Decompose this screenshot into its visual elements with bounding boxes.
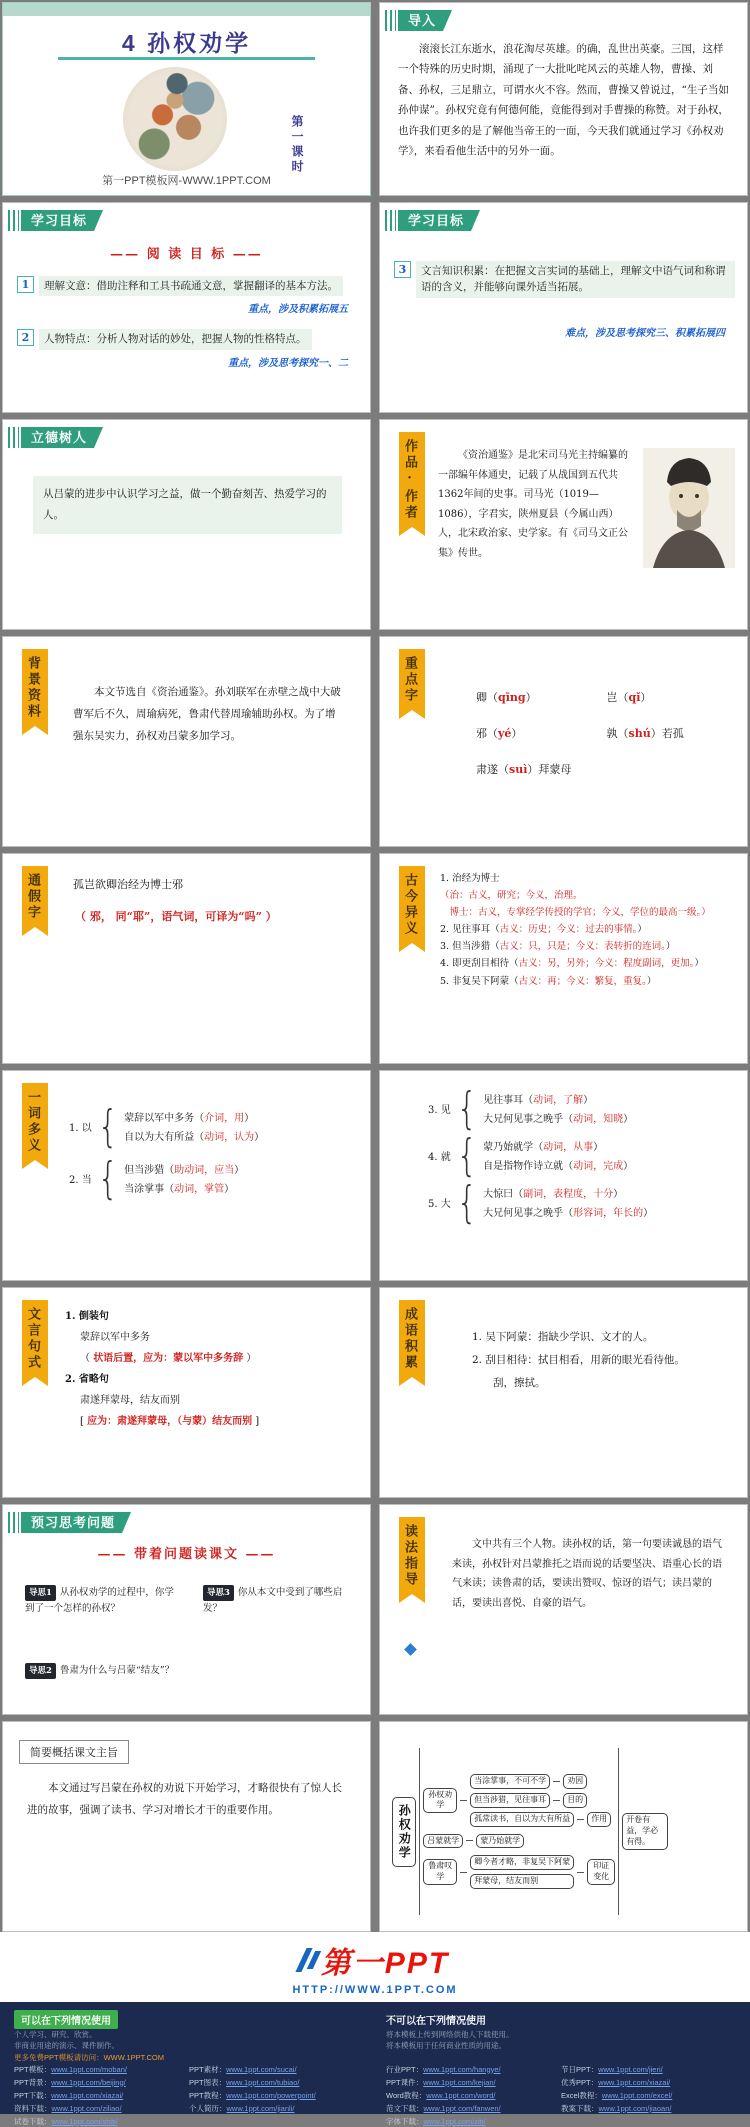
syntax-note: [ 应为：肃遂拜蒙母，（与蒙）结友而别 ] <box>65 1411 362 1432</box>
mindmap-branch: 鲁肃叹学 卿今者才略，非复吴下阿蒙 拜蒙母，结友而别 印证变化 <box>423 1855 615 1889</box>
gujin-item: 3. 但当涉猎（古义：只，只是；今义：表转折的连词。） <box>440 938 739 955</box>
reading-goals-subtitle: —— 阅 读 目 标 —— <box>3 243 370 262</box>
footer-link[interactable]: PPT下载：www.1ppt.com/xiazai/ <box>14 2090 189 2101</box>
gujin-item: 2. 见往事耳（古义：历史；今义：过去的事情。） <box>440 921 739 938</box>
theme-title-box: 简要概括课文主旨 <box>19 1740 129 1764</box>
gujin-list: 1. 治经为博士 （治：古义，研究；今义，治理。 博士：古义，专掌经学传授的学官… <box>440 870 739 990</box>
deny-item: 将本模板上传到网络供他人下载使用。 <box>386 2029 736 2040</box>
ribbon-label: 文言句式 <box>22 1300 48 1386</box>
diamond-icon <box>404 1643 417 1656</box>
footer-link[interactable]: 字体下载：www.1ppt.com/ziti/ <box>386 2116 561 2127</box>
ribbon-label: 古今异义 <box>399 866 425 952</box>
gujin-item: 5. 非复吴下阿蒙（古义：再；今义：繁复，重复。） <box>440 973 739 990</box>
idiom-item: 1. 吴下阿蒙：指缺少学识、文才的人。 <box>472 1326 733 1349</box>
syntax-example: 肃遂拜蒙母，结友而别 <box>65 1390 362 1411</box>
three-kingdoms-illustration <box>123 67 227 171</box>
preview-subtitle: —— 带着问题读课文 —— <box>3 1543 370 1562</box>
ribbon-label: 通假字 <box>22 866 48 936</box>
polysemy-group: 3. 见{ 见往事耳（动词，了解） 大兄何见事之晚乎（动词，知晓） <box>428 1091 739 1125</box>
header-stripes <box>385 10 396 31</box>
first-ppt-logo[interactable]: 第一PPT <box>301 1938 449 1982</box>
section-header: 预习思考问题 <box>21 1512 131 1533</box>
footer-link[interactable]: 行业PPT：www.1ppt.com/hangye/ <box>386 2064 561 2075</box>
mindmap-node: 拜蒙母，结友而别 <box>470 1874 574 1889</box>
mindmap-root-node: 孙权劝学 <box>392 1797 416 1867</box>
reading-guide-paragraph: 文中共有三个人物。读孙权的话，第一句要读诚恳的语气来读，孙权针对吕蒙推托之语而说… <box>452 1535 729 1613</box>
slide-theme-summary: 简要概括课文主旨 本文通过写吕蒙在孙权的劝说下开始学习，才略很快有了惊人长进的故… <box>2 1721 371 1932</box>
author-paragraph: 《资治通鉴》是北宋司马光主持编纂的一部编年体通史，记载了从战国到五代共1362年… <box>438 446 635 563</box>
mindmap-branch: 孙权劝学 当涂掌事，不可不学劝因 但当涉猎，见往事耳目的 孤常读书，自以为大有所… <box>423 1774 615 1826</box>
pinyin-entry: 孰（shú）若孤 <box>607 725 738 741</box>
footer-license-band: 可以在下列情况使用 个人学习、研究、欣赏。 非商业用途的演示、课件制作。 更多免… <box>0 2002 750 2114</box>
slides-board: 4 孙权劝学 第一课时 第一PPT模板网-WWW.1PPT.COM 导入 滚滚长… <box>2 2 748 1932</box>
polysemy-group: 4. 就{ 蒙乃始就学（动词，从事） 自是指物作诗立就（动词，完成） <box>428 1138 739 1172</box>
slide-cover: 4 孙权劝学 第一课时 第一PPT模板网-WWW.1PPT.COM <box>2 2 371 196</box>
gujin-item: 1. 治经为博士 <box>440 870 739 887</box>
connector-line <box>618 1748 619 1915</box>
allow-note: 更多免费PPT模板请访问：WWW.1PPT.COM <box>14 2052 364 2064</box>
slide-tongjiazi: 通假字 孤岂欲卿治经为博士邪 （ 邪， 同“耶”，语气词，可译为“吗” ） <box>2 853 371 1064</box>
question-badge: 导思1 <box>25 1585 56 1601</box>
connector-line <box>466 1840 473 1841</box>
slide-key-characters: 重点字 卿（qīng） 岂（qǐ） 邪（yé） 孰（shú）若孤 肃遂（suì）… <box>379 636 748 847</box>
goal-number: 3 <box>394 261 411 278</box>
mindmap: 孙权劝学 孙权劝学 当涂掌事，不可不学劝因 但当涉猎，见往事耳目的 孤常读书，自… <box>392 1738 741 1925</box>
question-item: 导思2鲁肃为什么与吕蒙“结友”？ <box>25 1663 245 1679</box>
brace-glyph: { <box>457 1180 477 1223</box>
mindmap-node: 孤常读书，自以为大有所益 <box>470 1812 574 1827</box>
mindmap-branch: 吕蒙就学 蒙乃始就学 <box>423 1834 615 1849</box>
mindmap-node: 当涂掌事，不可不学 <box>470 1774 550 1789</box>
idiom-item: 2. 刮目相待：拭目相看，用新的眼光看待他。 <box>472 1349 733 1372</box>
intro-paragraph: 滚滚长江东逝水，浪花淘尽英雄。的确，乱世出英豪。三国，这样一个特殊的历史时期，涌… <box>398 39 731 162</box>
sima-guang-portrait <box>643 448 735 568</box>
mindmap-node: 卿今者才略，非复吴下阿蒙 <box>470 1855 574 1870</box>
question-badge: 导思2 <box>25 1663 56 1679</box>
goal-text: 人物特点：分析人物对话的妙处，把握人物的性格特点。 <box>39 329 312 349</box>
annotation: （ 邪， 同“耶”，语气词，可译为“吗” ） <box>75 908 350 924</box>
footer-link[interactable]: 节日PPT：www.1ppt.com/jieri/ <box>561 2064 736 2075</box>
header-stripes <box>8 427 19 448</box>
header-stripes <box>385 210 396 231</box>
goal-number: 2 <box>17 329 34 346</box>
slide-reading-guide: 读法指导 文中共有三个人物。读孙权的话，第一句要读诚恳的语气来读，孙权针对吕蒙推… <box>379 1504 748 1715</box>
pinyin-entry: 邪（yé） <box>476 725 607 741</box>
footer-link[interactable]: PPT背景：www.1ppt.com/beijing/ <box>14 2077 189 2088</box>
slide-learning-goals-2: 学习目标 3 文言知识积累：在把握文言实词的基础上，理解文中语气词和称谓语的含义… <box>379 202 748 413</box>
slide-polysemy-1: 一词多义 1. 以{ 蒙辞以军中多务（介词，用） 自以为大有所益（动词，认为） … <box>2 1070 371 1281</box>
footer-logo-band: 第一PPT HTTP://WWW.1PPT.COM <box>0 1932 750 2002</box>
connector-line <box>577 1872 584 1873</box>
connector-line <box>419 1748 420 1915</box>
session-label: 第一课时 <box>289 115 306 175</box>
pinyin-entry: 岂（qǐ） <box>607 689 738 705</box>
slide-idioms: 成语积累 1. 吴下阿蒙：指缺少学识、文才的人。 2. 刮目相待：拭目相看，用新… <box>379 1287 748 1498</box>
ribbon-label: 成语积累 <box>399 1300 425 1386</box>
footer-link[interactable]: 资料下载：www.1ppt.com/ziliao/ <box>14 2103 189 2114</box>
background-paragraph: 本文节选自《资治通鉴》。孙刘联军在赤壁之战中大破曹军后不久，周瑜病死，鲁肃代替周… <box>73 681 342 747</box>
polysemy-group: 5. 大{ 大惊曰（副词，表程度，十分） 大兄何见事之晚乎（形容词，年长的） <box>428 1185 739 1219</box>
slide-mindmap: 孙权劝学 孙权劝学 当涂掌事，不可不学劝因 但当涉猎，见往事耳目的 孤常读书，自… <box>379 1721 748 1932</box>
brace-glyph: { <box>457 1133 477 1176</box>
goal-note: 重点，涉及思考探究一、二 <box>3 354 348 369</box>
pinyin-list: 卿（qīng） 岂（qǐ） 邪（yé） 孰（shú）若孤 肃遂（suì）拜蒙母 <box>476 689 737 777</box>
goal-text: 理解文意：借助注释和工具书疏通文意，掌握翻译的基本方法。 <box>39 276 343 296</box>
ribbon-label: 重点字 <box>399 649 425 719</box>
mindmap-node: 但当涉猎，见往事耳 <box>470 1793 550 1808</box>
footer-link[interactable]: PPT课件：www.1ppt.com/kejian/ <box>386 2077 561 2088</box>
question-item: 导思3你从本文中受到了哪些启发？ <box>203 1585 353 1618</box>
gujin-note: （治：古义，研究；今义，治理。 <box>440 887 739 904</box>
brace-glyph: { <box>457 1086 477 1129</box>
question-badge: 导思3 <box>203 1585 234 1601</box>
section-header: 学习目标 <box>398 210 480 231</box>
ribbon-label: 读法指导 <box>399 1517 425 1603</box>
brace-glyph: { <box>98 1156 118 1199</box>
footer-link[interactable]: Excel教程：www.1ppt.com/excel/ <box>561 2090 736 2101</box>
syntax-note: （ 状语后置，应为：蒙以军中多务辞 ） <box>65 1348 362 1369</box>
slide-moral-education: 立德树人 从吕蒙的进步中认识学习之益，做一个勤奋刻苦、热爱学习的人。 <box>2 419 371 630</box>
footer-link[interactable]: PPT图表：www.1ppt.com/tubiao/ <box>189 2077 364 2088</box>
section-header: 学习目标 <box>21 210 103 231</box>
gujin-note: 博士：古义，专掌经学传授的学官；今义，学位的最高一级。） <box>440 904 739 921</box>
idiom-item: 刮，擦拭。 <box>472 1372 733 1395</box>
slide-background: 背景资料 本文节选自《资治通鉴》。孙刘联军在赤壁之战中大破曹军后不久，周瑜病死，… <box>2 636 371 847</box>
gujin-item: 4. 即更刮目相待（古义：另，另外；今义：程度副词，更加。） <box>440 955 739 972</box>
syntax-example: 蒙辞以军中多务 <box>65 1327 362 1348</box>
connector-line <box>460 1872 467 1873</box>
allow-item: 个人学习、研究、欣赏。 <box>14 2029 364 2040</box>
site-footer: 第一PPT HTTP://WWW.1PPT.COM 可以在下列情况使用 个人学习… <box>0 1932 750 2114</box>
footer-link[interactable]: Word教程：www.1ppt.com/word/ <box>386 2090 561 2101</box>
mindmap-conclusion-node: 开卷有益，学必有得。 <box>622 1813 668 1849</box>
syntax-type: 2. 省略句 <box>65 1369 362 1390</box>
allow-title-chip: 可以在下列情况使用 <box>14 2010 118 2029</box>
ribbon-label: 背景资料 <box>22 649 48 735</box>
slide-gujin-yiyi: 古今异义 1. 治经为博士 （治：古义，研究；今义，治理。 博士：古义，专掌经学… <box>379 853 748 1064</box>
slide-author: 作品·作者 《资治通鉴》是北宋司马光主持编纂的一部编年体通史，记载了从战国到五代… <box>379 419 748 630</box>
header-stripes <box>8 210 19 231</box>
connector-line <box>460 1800 467 1801</box>
syntax-type: 1. 倒装句 <box>65 1306 362 1327</box>
slide-preview-questions: 预习思考问题 —— 带着问题读课文 —— 导思1从孙权劝学的过程中，你学到了一个… <box>2 1504 371 1715</box>
slide-polysemy-2: 3. 见{ 见往事耳（动词，了解） 大兄何见事之晚乎（动词，知晓） 4. 就{ … <box>379 1070 748 1281</box>
goal-number: 1 <box>17 276 34 293</box>
example-sentence: 孤岂欲卿治经为博士邪 <box>73 876 350 892</box>
footer-link[interactable]: 个人简历：www.1ppt.com/jianli/ <box>189 2103 364 2114</box>
footer-link[interactable]: PPT素材：www.1ppt.com/sucai/ <box>189 2064 364 2075</box>
pinyin-entry: 肃遂（suì）拜蒙母 <box>476 761 737 777</box>
mindmap-node: 蒙乃始就学 <box>476 1834 524 1849</box>
footer-site-url[interactable]: HTTP://WWW.1PPT.COM <box>292 1984 457 1996</box>
mindmap-tag: 印证变化 <box>587 1859 615 1885</box>
footer-links-left: PPT模板：www.1ppt.com/moban/ PPT素材：www.1ppt… <box>14 2064 364 2127</box>
polysemy-group: 1. 以{ 蒙辞以军中多务（介词，用） 自以为大有所益（动词，认为） <box>69 1109 362 1143</box>
footer-links-right: 行业PPT：www.1ppt.com/hangye/ 节日PPT：www.1pp… <box>386 2064 736 2127</box>
moral-text: 从吕蒙的进步中认识学习之益，做一个勤奋刻苦、热爱学习的人。 <box>33 476 342 534</box>
mindmap-tag: 作用 <box>587 1812 611 1827</box>
footer-link[interactable]: PPT教程：www.1ppt.com/powerpoint/ <box>189 2090 364 2101</box>
pinyin-entry: 卿（qīng） <box>476 689 607 705</box>
license-allow-column: 可以在下列情况使用 个人学习、研究、欣赏。 非商业用途的演示、课件制作。 更多免… <box>14 2010 364 2127</box>
section-header: 立德树人 <box>21 427 103 448</box>
slide-syntax: 文言句式 1. 倒装句 蒙辞以军中多务 （ 状语后置，应为：蒙以军中多务辞 ） … <box>2 1287 371 1498</box>
brace-glyph: { <box>98 1104 118 1147</box>
footer-link[interactable]: 教案下载：www.1ppt.com/jiaoan/ <box>561 2103 736 2114</box>
mindmap-tag: 劝因 <box>563 1774 587 1789</box>
slide-intro: 导入 滚滚长江东逝水，浪花淘尽英雄。的确，乱世出英豪。三国，这样一个特殊的历史时… <box>379 2 748 196</box>
allow-item: 非商业用途的演示、课件制作。 <box>14 2040 364 2051</box>
footer-link[interactable]: 试卷下载：www.1ppt.com/shiti/ <box>14 2116 189 2127</box>
section-header: 导入 <box>398 10 452 31</box>
theme-paragraph: 本文通过写吕蒙在孙权的劝说下开始学习，才略很快有了惊人长进的故事，强调了读书、学… <box>27 1778 346 1821</box>
header-stripes <box>8 1512 19 1533</box>
deny-item: 将本模板用于任何商业性质的用途。 <box>386 2040 736 2051</box>
ribbon-label: 作品·作者 <box>399 432 425 536</box>
ribbon-label: 一词多义 <box>22 1083 48 1169</box>
footer-link[interactable]: 优秀PPT：www.1ppt.com/xiazai/ <box>561 2077 736 2088</box>
footer-link[interactable]: PPT模板：www.1ppt.com/moban/ <box>14 2064 189 2075</box>
title-underline <box>58 57 315 60</box>
deny-title: 不可以在下列情况使用 <box>386 2010 736 2029</box>
template-preview-page: { "slides": { "cover": { "title": "4 孙权劝… <box>0 0 750 2114</box>
goal-note: 难点，涉及思考探究三、积累拓展四 <box>380 324 725 339</box>
lesson-title: 4 孙权劝学 <box>3 25 370 58</box>
goal-text: 文言知识积累：在把握文言实词的基础上，理解文中语气词和称谓语的含义，并能够向课外… <box>416 261 735 298</box>
question-item: 导思1从孙权劝学的过程中，你学到了一个怎样的孙权？ <box>25 1585 180 1618</box>
goal-note: 重点，涉及积累拓展五 <box>3 300 348 315</box>
license-deny-column: 不可以在下列情况使用 将本模板上传到网络供他人下载使用。 将本模板用于任何商业性… <box>386 2010 736 2127</box>
cover-top-band <box>3 3 370 16</box>
site-credit: 第一PPT模板网-WWW.1PPT.COM <box>3 172 370 188</box>
footer-link[interactable]: 范文下载：www.1ppt.com/fanwen/ <box>386 2103 561 2114</box>
slide-learning-goals-1: 学习目标 —— 阅 读 目 标 —— 1 理解文意：借助注释和工具书疏通文意，掌… <box>2 202 371 413</box>
polysemy-group: 2. 当{ 但当涉猎（助动词，应当） 当涂掌事（动词，掌管） <box>69 1161 362 1195</box>
mindmap-tag: 目的 <box>563 1793 587 1808</box>
